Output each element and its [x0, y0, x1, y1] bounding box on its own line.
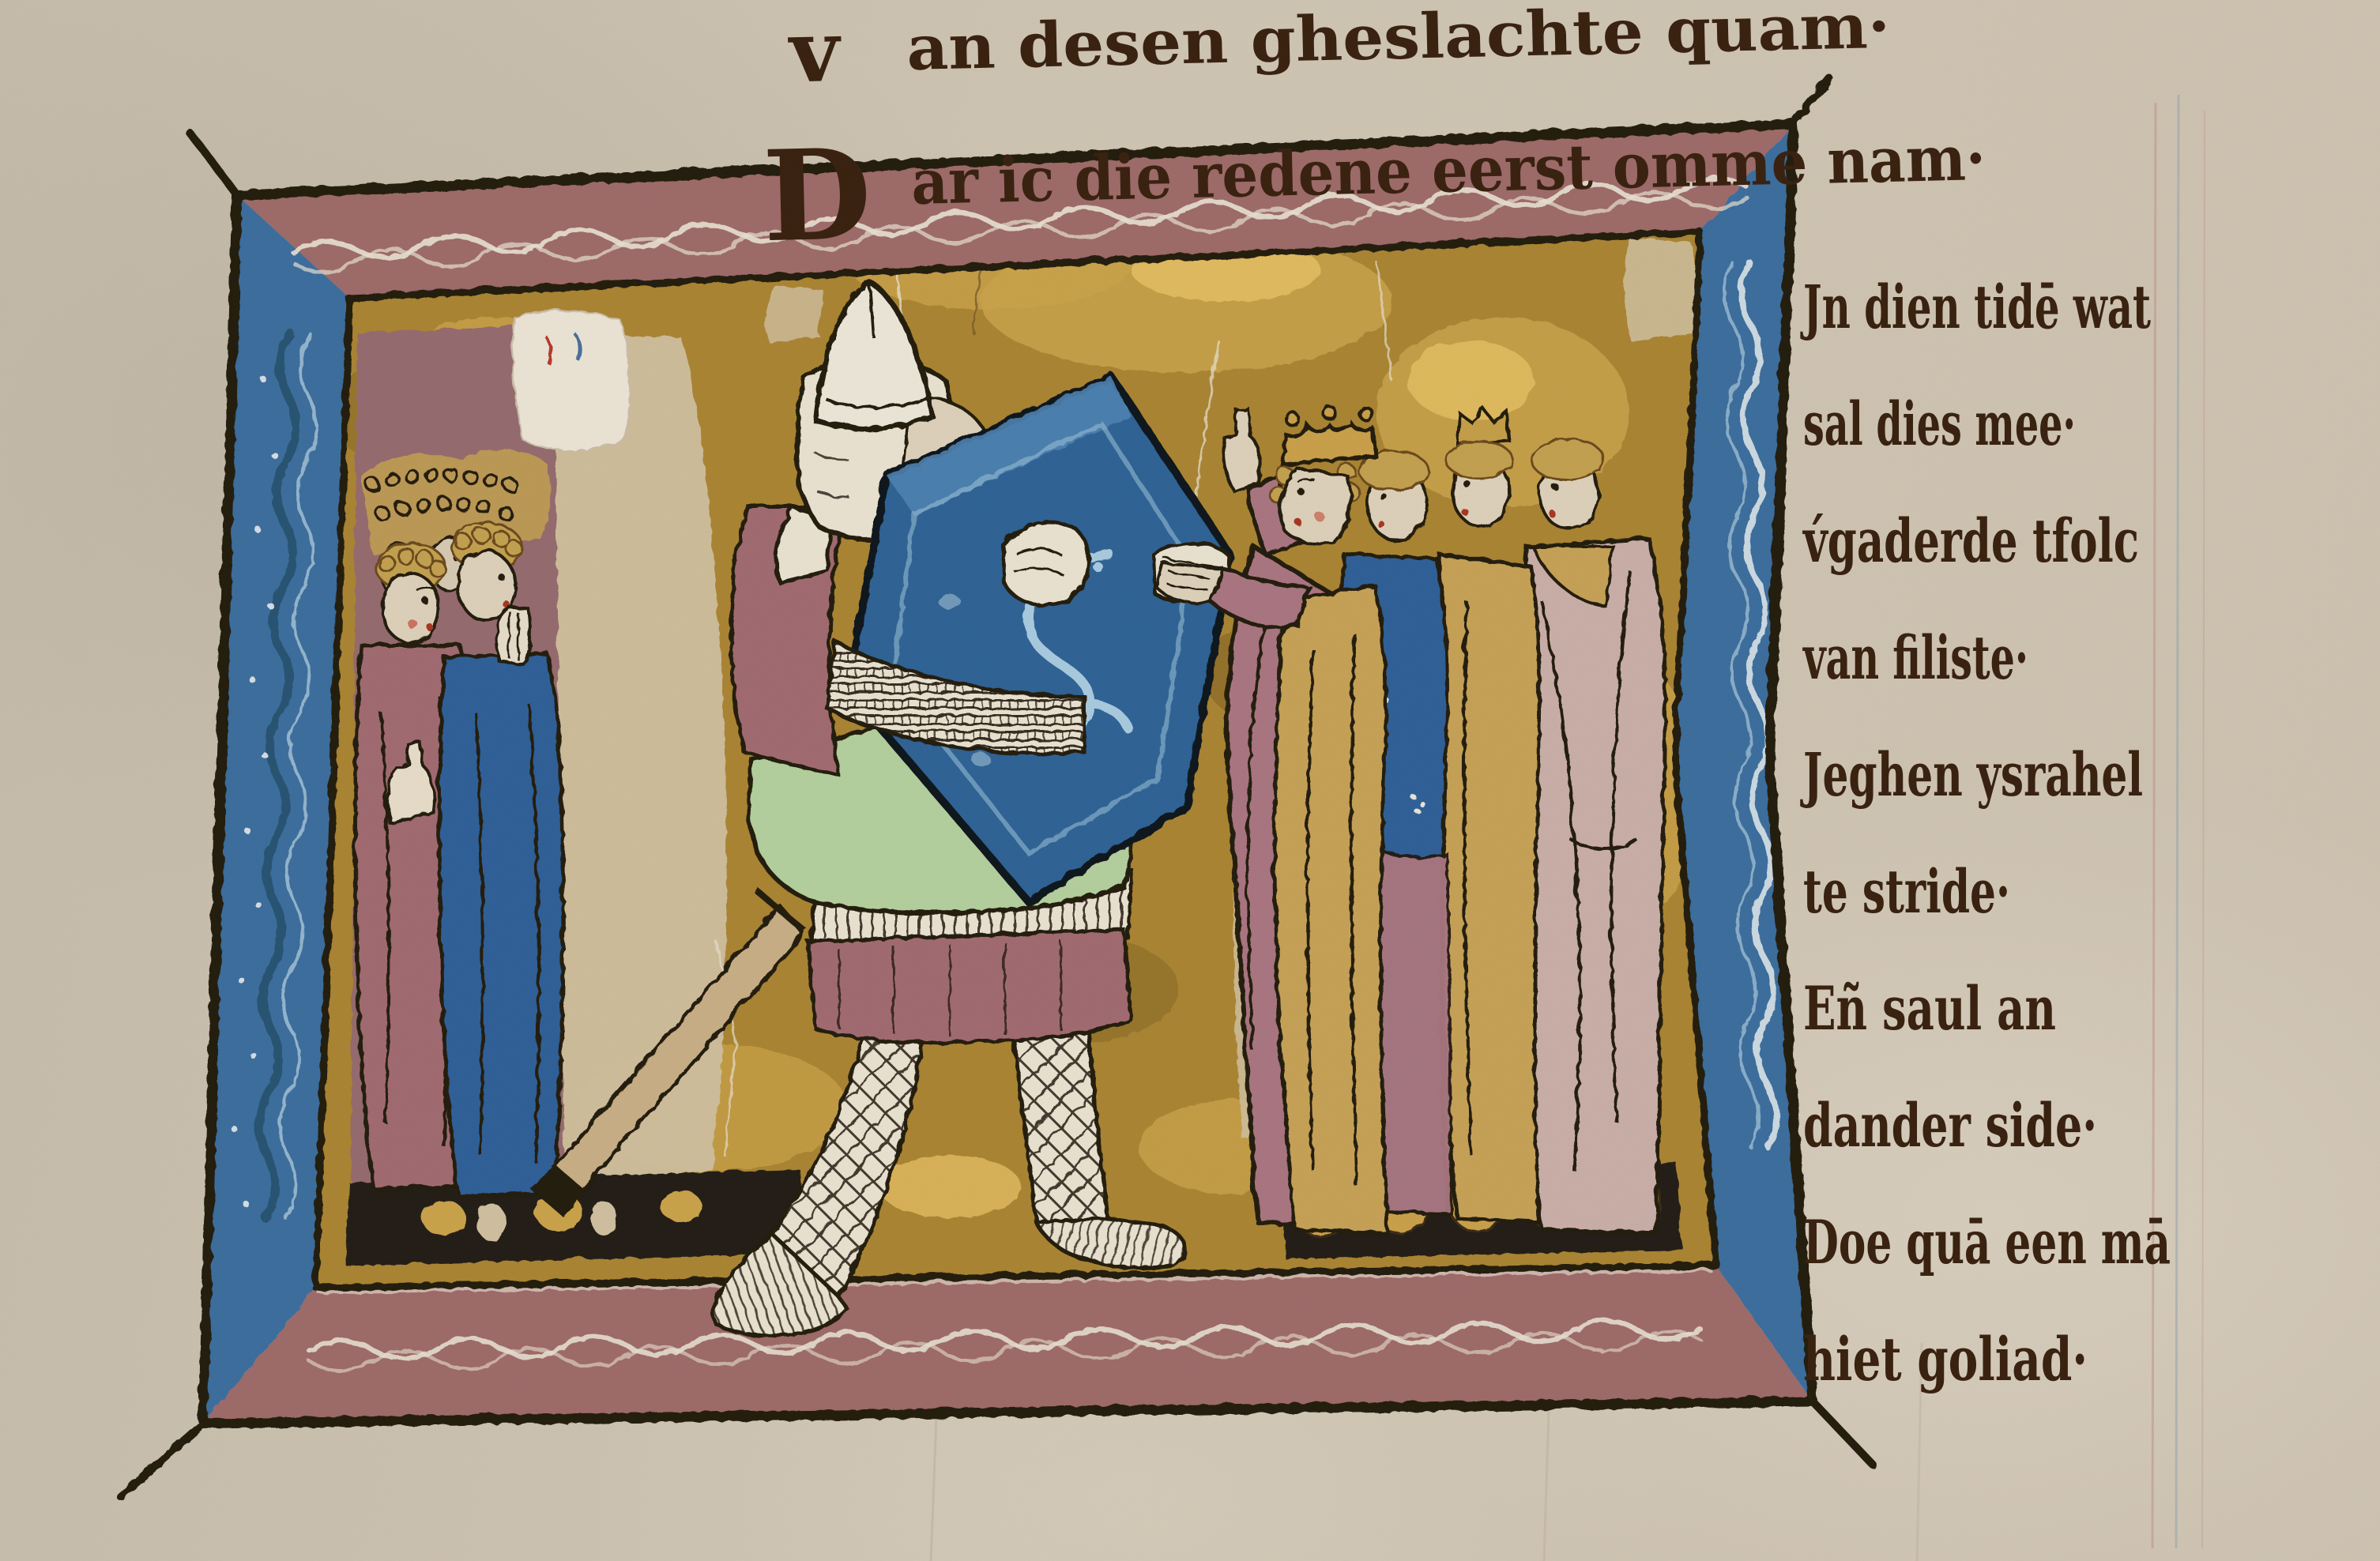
manuscript-page: v an desen gheslachte quam· D ar ic die … — [0, 0, 2380, 1561]
parchment-grain — [0, 0, 2380, 1561]
manuscript-photo: v an desen gheslachte quam· D ar ic die … — [0, 0, 2380, 1561]
